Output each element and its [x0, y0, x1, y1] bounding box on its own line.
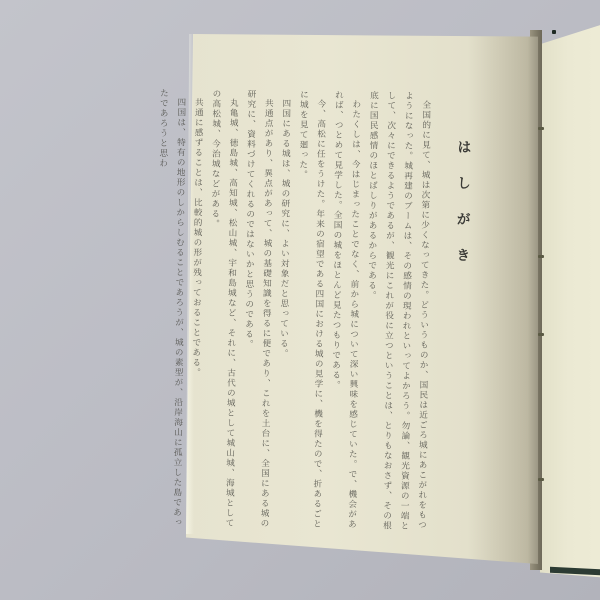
preface-heading: はしがき — [452, 140, 474, 284]
paragraph: 共通点があり、異点があって、城の基礎知識を得るに便であり、これを土台に、全国にあ… — [237, 89, 277, 529]
binding-stitch — [538, 333, 544, 336]
binding-stitch — [538, 478, 544, 481]
paragraph: 丸亀城、徳島城、高知城、松山城、宇和島城など、それに、古代の城として城山城、海城… — [202, 89, 242, 529]
preface-body: 全国的に見て、城は次第に少くなってきた。どういうものか、国民は近ごろ城にあこがれ… — [149, 88, 434, 531]
cover-edge — [550, 567, 600, 576]
page-text-area: はしがき 全国的に見て、城は次第に少くなってきた。どういうものか、国民は近ごろ城… — [191, 89, 496, 532]
photo-scene: はしがき 全国的に見て、城は次第に少くなってきた。どういうものか、国民は近ごろ城… — [0, 0, 600, 600]
binding-stitch — [538, 255, 544, 258]
paragraph: 全国的に見て、城は次第に少くなってきた。どういうものか、国民は近ごろ城にあこがれ… — [359, 91, 434, 532]
paragraph: 今、高松に任をうけた。年来の宿望である四国における城の見学に、機を得たので、折あ… — [289, 90, 329, 530]
cover-corner — [552, 30, 556, 34]
binding-stitch — [538, 127, 544, 130]
facing-page — [540, 22, 600, 578]
paragraph: わたくしは、今はじまったことでなく、前から城について深い興味を感じていた。で、機… — [324, 90, 364, 530]
paragraph: 四国は、特有の地形のしからしむることであろうが、城の素型が、沿岸海山に孤立した島… — [149, 88, 189, 528]
